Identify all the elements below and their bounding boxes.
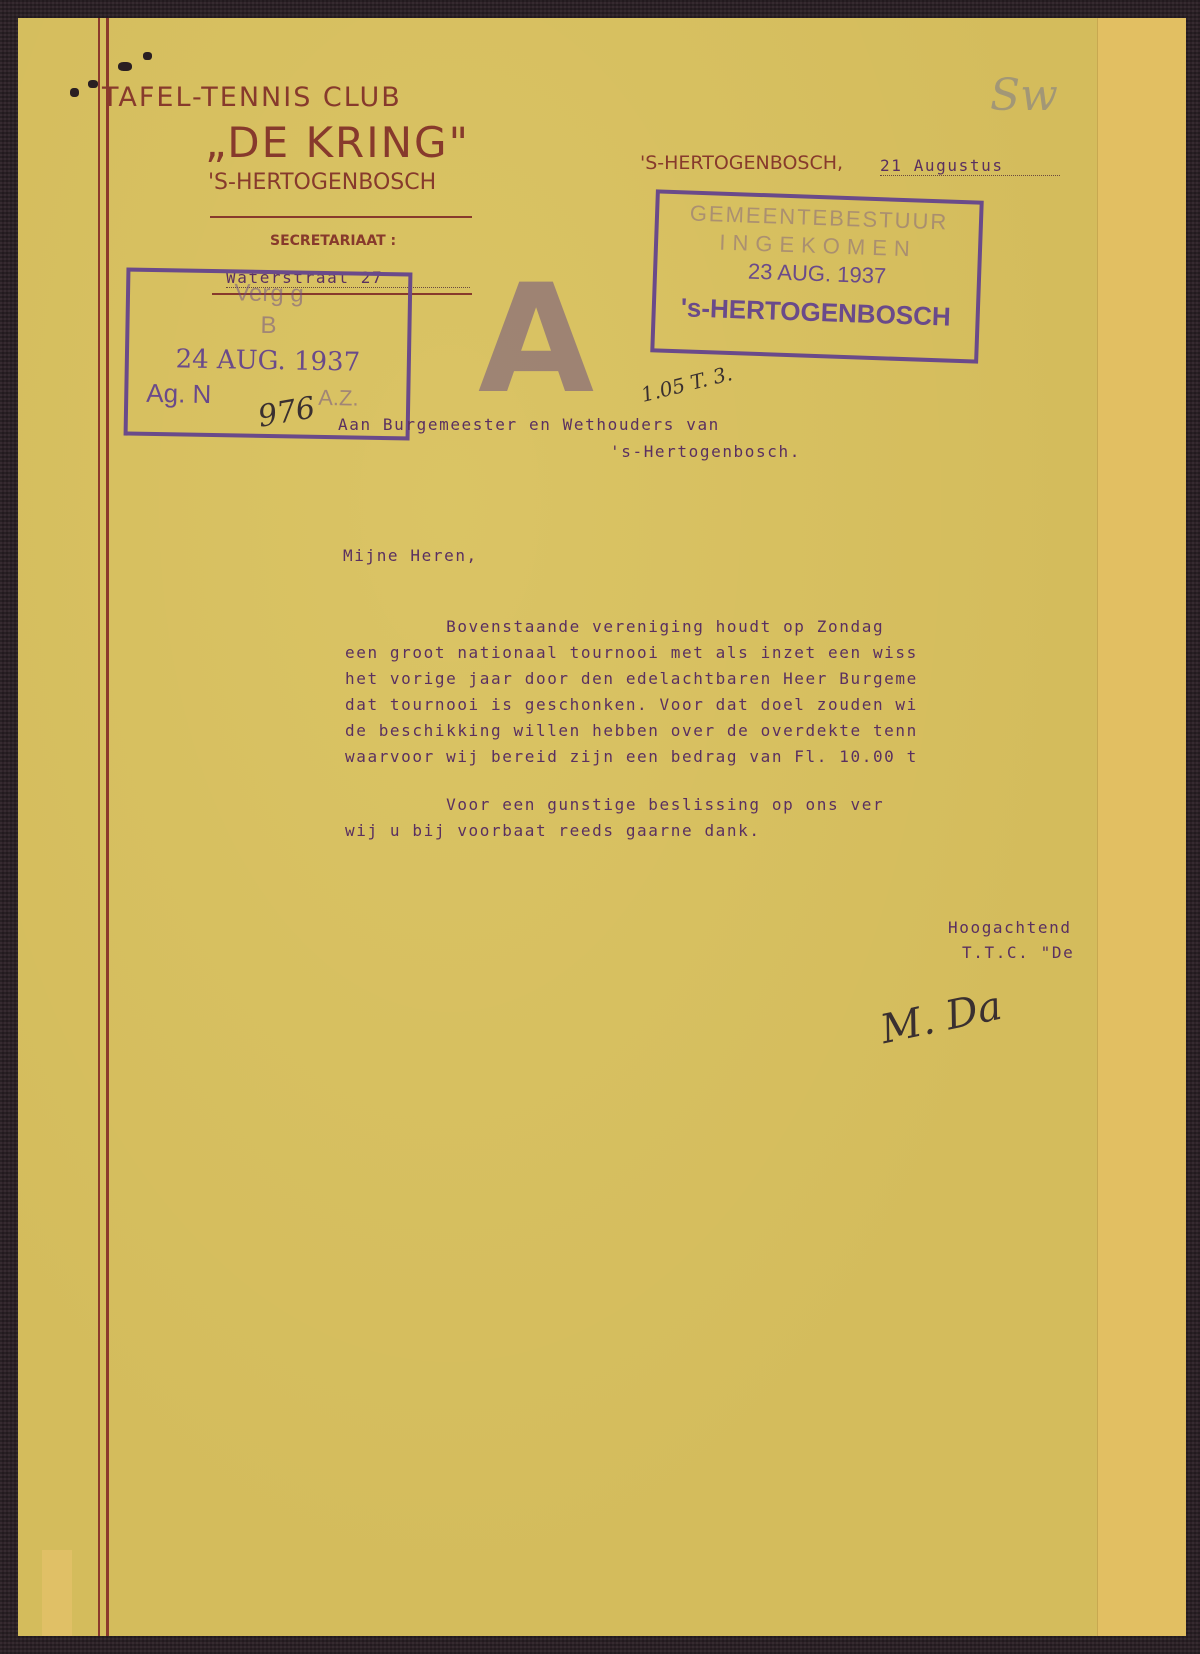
paragraph-2-line: Voor een gunstige beslissing op ons ver [345,795,884,814]
addressee-line-1: Aan Burgemeester en Wethouders van [338,415,720,434]
paragraph-1-line: de beschikking willen hebben over de ove… [345,721,918,740]
letter-date: 21 Augustus [880,156,1060,176]
addressee-line-2: 's-Hertogenbosch. [610,442,801,461]
closing: Hoogachtend [948,918,1072,937]
punch-hole [70,88,79,97]
punch-hole [88,80,98,88]
paragraph-1-line: een groot nationaal tournooi met als inz… [345,643,918,662]
paragraph-1-line: dat tournooi is geschonken. Voor dat doe… [345,695,918,714]
pencil-initials: Sw [990,70,1058,121]
margin-rule-thick [106,18,109,1636]
date-city-label: 'S-HERTOGENBOSCH, [640,152,843,174]
secretariaat-label: SECRETARIAAT : [270,233,396,249]
stamp-left-line1: Verg g [130,278,408,311]
stamp-left-line2: B [129,310,407,343]
salutation: Mijne Heren, [343,546,478,565]
paragraph-1-line: het vorige jaar door den edelachtbaren H… [345,669,918,688]
receipt-stamp-right: GEMEENTEBESTUUR INGEKOMEN 23 AUG. 1937 '… [650,189,983,363]
folded-corner-left [42,1550,72,1636]
stamp-right-city: 's-HERTOGENBOSCH [655,291,976,333]
stamp-left-ag-label: Ag. N [146,378,212,410]
punch-hole [118,62,132,71]
paragraph-1-line: waarvoor wij bereid zijn een bedrag van … [345,747,918,766]
stamp-left-date: 24 AUG. 1937 [129,344,407,379]
club-type-heading: TAFEL-TENNIS CLUB [102,82,402,113]
large-letter-stamp: A [478,253,594,427]
margin-rule-thin [98,18,100,1636]
letterhead-divider [210,216,472,218]
club-city: 'S-HERTOGENBOSCH [208,170,436,195]
folded-flap-right [1097,18,1186,1636]
club-name-heading: „DE KRING" [205,118,470,167]
paragraph-2-line: wij u bij voorbaat reeds gaarne dank. [345,821,761,840]
stamp-left-ag-suffix: A.Z. [318,385,359,412]
closing-organization: T.T.C. "De [962,943,1074,962]
paragraph-1-line: Bovenstaande vereniging houdt op Zondag [345,617,884,636]
punch-hole [143,52,152,60]
